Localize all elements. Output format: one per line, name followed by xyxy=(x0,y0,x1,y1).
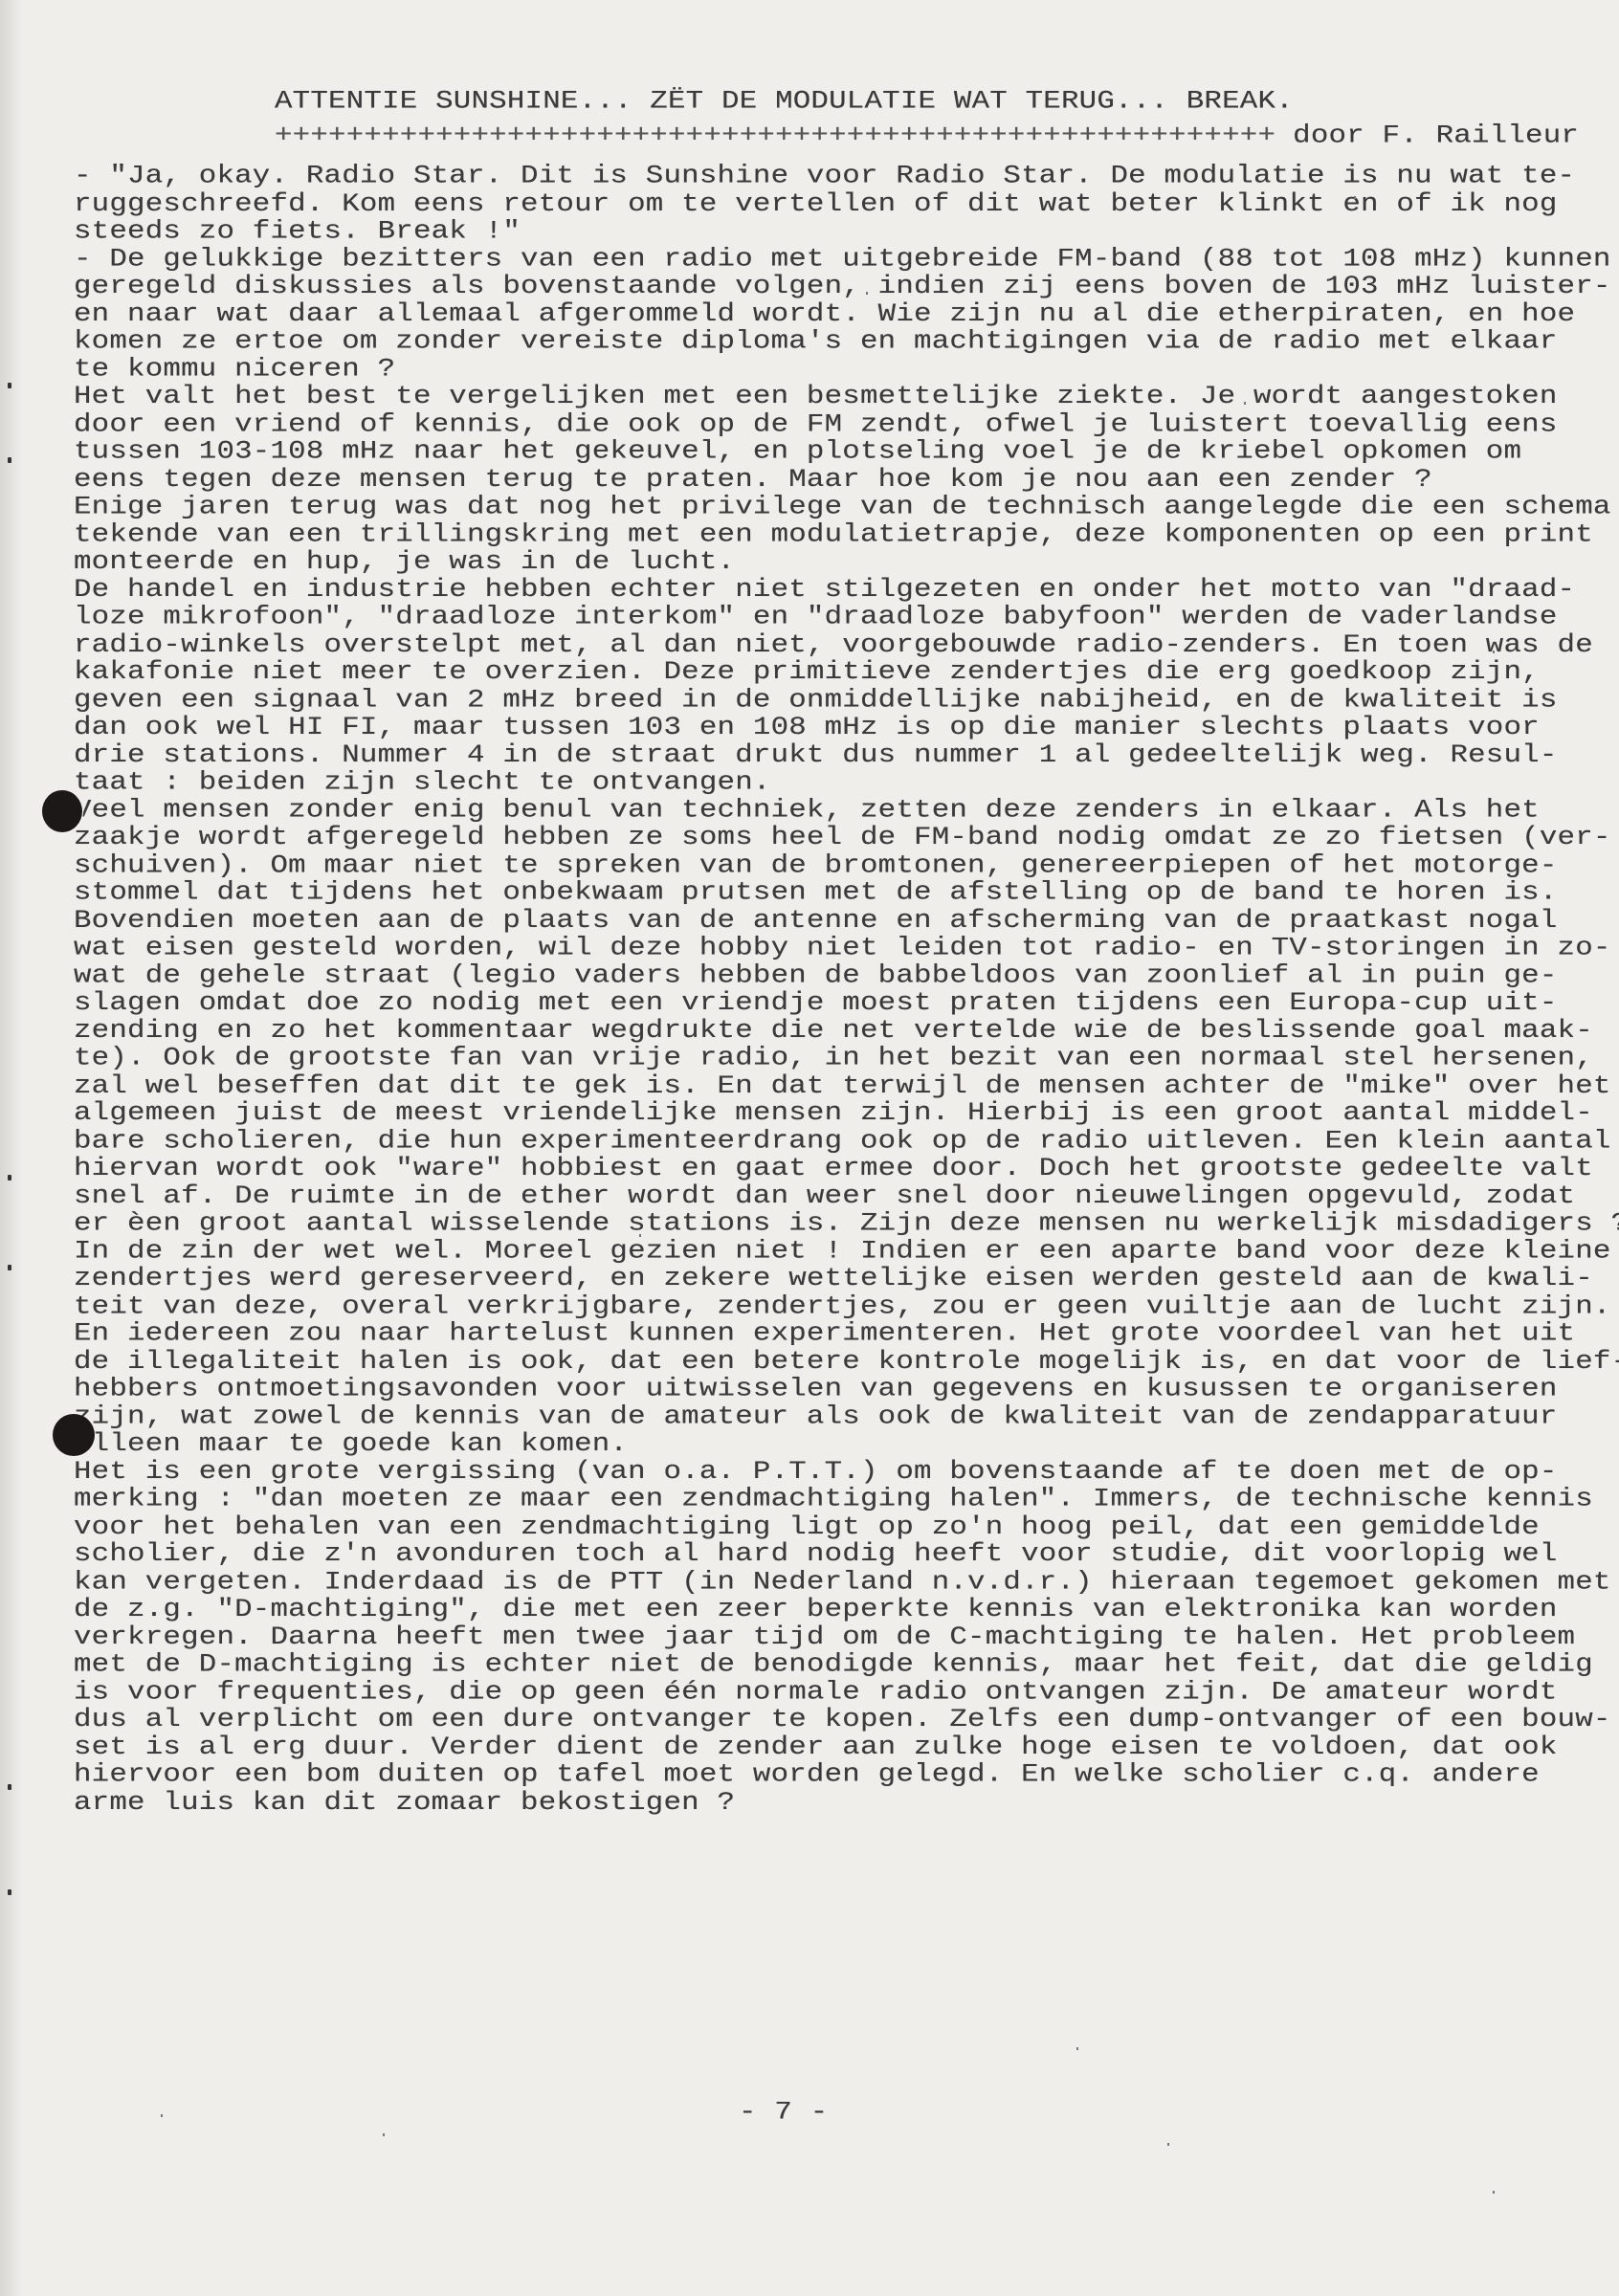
text-line: Bovendien moeten aan de plaats van de an… xyxy=(74,907,1619,935)
text-line: de z.g. "D-machtiging", die met een zeer… xyxy=(74,1596,1619,1623)
text-line: dan ook wel HI FI, maar tussen 103 en 10… xyxy=(74,714,1619,741)
text-line: er èen groot aantal wisselende stations … xyxy=(74,1210,1619,1238)
text-line: schuiven). Om maar niet te spreken van d… xyxy=(74,851,1619,879)
text-line: algemeen juist de meest vriendelijke men… xyxy=(74,1100,1619,1128)
paper-speck xyxy=(1244,402,1246,405)
text-line: eens tegen deze mensen terug te praten. … xyxy=(74,466,1619,494)
text-line: monteerde en hup, je was in de lucht. xyxy=(74,548,1619,576)
page-number: - 7 - xyxy=(739,2099,828,2127)
paper-speck xyxy=(161,2114,163,2117)
text-line: kan vergeten. Inderdaad is de PTT (in Ne… xyxy=(74,1568,1619,1596)
text-line: wat de gehele straat (legio vaders hebbe… xyxy=(74,961,1619,989)
text-line: Veel mensen zonder enig benul van techni… xyxy=(74,797,1619,825)
punch-hole xyxy=(53,1414,95,1456)
author-byline: door F. Railleur xyxy=(1293,122,1579,150)
paper-speck xyxy=(639,1234,641,1237)
text-line: - De gelukkige bezitters van een radio m… xyxy=(74,245,1619,273)
text-line: door een vriend of kennis, die ook op de… xyxy=(74,410,1619,438)
text-line: scholier, die z'n avonduren toch al hard… xyxy=(74,1541,1619,1569)
text-line: zendertjes werd gereserveerd, en zekere … xyxy=(74,1265,1619,1292)
text-line: stommel dat tijdens het onbekwaam prutse… xyxy=(74,879,1619,907)
text-line: kakafonie niet meer te overzien. Deze pr… xyxy=(74,659,1619,687)
text-line: alleen maar te goede kan komen. xyxy=(74,1430,1619,1458)
text-line: tussen 103-108 mHz naar het gekeuvel, en… xyxy=(74,438,1619,466)
text-line: merking : "dan moeten ze maar een zendma… xyxy=(74,1486,1619,1513)
text-line: Het is een grote vergissing (van o.a. P.… xyxy=(74,1458,1619,1486)
text-line: geven een signaal van 2 mHz breed in de … xyxy=(74,686,1619,714)
text-line: en naar wat daar allemaal afgerommeld wo… xyxy=(74,300,1619,328)
punch-hole xyxy=(42,790,82,832)
margin-mark xyxy=(8,457,11,463)
paper-speck xyxy=(1493,2191,1495,2194)
margin-mark xyxy=(8,1784,11,1790)
text-line: tekende van een trillingskring met een m… xyxy=(74,521,1619,549)
paper-speck xyxy=(383,2133,385,2136)
text-line: slagen omdat doe zo nodig met een vriend… xyxy=(74,989,1619,1017)
text-line: hiervoor een bom duiten op tafel moet wo… xyxy=(74,1761,1619,1789)
text-line: de illegaliteit halen is ook, dat een be… xyxy=(74,1348,1619,1376)
text-line: komen ze ertoe om zonder vereiste diplom… xyxy=(74,328,1619,356)
text-line: - "Ja, okay. Radio Star. Dit is Sunshine… xyxy=(74,163,1619,190)
text-line: taat : beiden zijn slecht te ontvangen. xyxy=(74,769,1619,797)
text-line: set is al erg duur. Verder dient de zend… xyxy=(74,1733,1619,1761)
text-line: ruggeschreefd. Kom eens retour om te ver… xyxy=(74,190,1619,218)
paper-speck xyxy=(1167,2143,1169,2146)
text-line: snel af. De ruimte in de ether wordt dan… xyxy=(74,1182,1619,1210)
text-line: voor het behalen van een zendmachtiging … xyxy=(74,1513,1619,1541)
text-line: geregeld diskussies als bovenstaande vol… xyxy=(74,273,1619,300)
margin-mark xyxy=(8,1175,11,1181)
text-line: Enige jaren terug was dat nog het privil… xyxy=(74,494,1619,521)
text-line: zijn, wat zowel de kennis van de amateur… xyxy=(74,1402,1619,1430)
text-line: loze mikrofoon", "draadloze interkom" en… xyxy=(74,604,1619,631)
text-line: arme luis kan dit zomaar bekostigen ? xyxy=(74,1789,1619,1817)
text-line: is voor frequenties, die op geen één nor… xyxy=(74,1679,1619,1707)
text-line: zending en zo het kommentaar wegdrukte d… xyxy=(74,1017,1619,1045)
margin-mark xyxy=(8,1889,11,1895)
paper-speck xyxy=(866,292,868,295)
margin-mark xyxy=(8,1265,11,1270)
text-line: te). Ook de grootste fan van vrije radio… xyxy=(74,1045,1619,1072)
text-line: hiervan wordt ook "ware" hobbiest en gaa… xyxy=(74,1155,1619,1182)
article-body: - "Ja, okay. Radio Star. Dit is Sunshine… xyxy=(74,163,1619,1817)
article-title: ATTENTIE SUNSHINE... ZËT DE MODULATIE WA… xyxy=(275,88,1294,116)
text-line: drie stations. Nummer 4 in de straat dru… xyxy=(74,741,1619,769)
text-line: teit van deze, overal verkrijgbare, zend… xyxy=(74,1292,1619,1320)
paper-speck xyxy=(1354,196,1356,199)
text-line: hebbers ontmoetingsavonden voor uitwisse… xyxy=(74,1376,1619,1403)
text-line: bare scholieren, die hun experimenteerdr… xyxy=(74,1127,1619,1155)
text-line: verkregen. Daarna heeft men twee jaar ti… xyxy=(74,1623,1619,1651)
text-line: te kommu niceren ? xyxy=(74,356,1619,384)
page-edge-shadow xyxy=(0,0,23,2296)
text-line: In de zin der wet wel. Moreel gezien nie… xyxy=(74,1238,1619,1266)
byline-row: ++++++++++++++++++++++++++++++++++++++++… xyxy=(275,122,1579,150)
separator-line: ++++++++++++++++++++++++++++++++++++++++… xyxy=(275,122,1275,150)
text-line: En iedereen zou naar hartelust kunnen ex… xyxy=(74,1320,1619,1348)
text-line: zaakje wordt afgeregeld hebben ze soms h… xyxy=(74,824,1619,851)
text-line: radio-winkels overstelpt met, al dan nie… xyxy=(74,631,1619,659)
paper-speck xyxy=(1076,2047,1078,2050)
text-line: steeds zo fiets. Break !" xyxy=(74,218,1619,246)
text-line: Het valt het best te vergelijken met een… xyxy=(74,383,1619,410)
text-line: wat eisen gesteld worden, wil deze hobby… xyxy=(74,935,1619,962)
margin-mark xyxy=(8,383,11,388)
text-line: dus al verplicht om een dure ontvanger t… xyxy=(74,1706,1619,1733)
text-line: met de D-machtiging is echter niet de be… xyxy=(74,1651,1619,1679)
paper-speck xyxy=(1493,651,1495,653)
text-line: zal wel beseffen dat dit te gek is. En d… xyxy=(74,1072,1619,1100)
text-line: De handel en industrie hebben echter nie… xyxy=(74,576,1619,604)
